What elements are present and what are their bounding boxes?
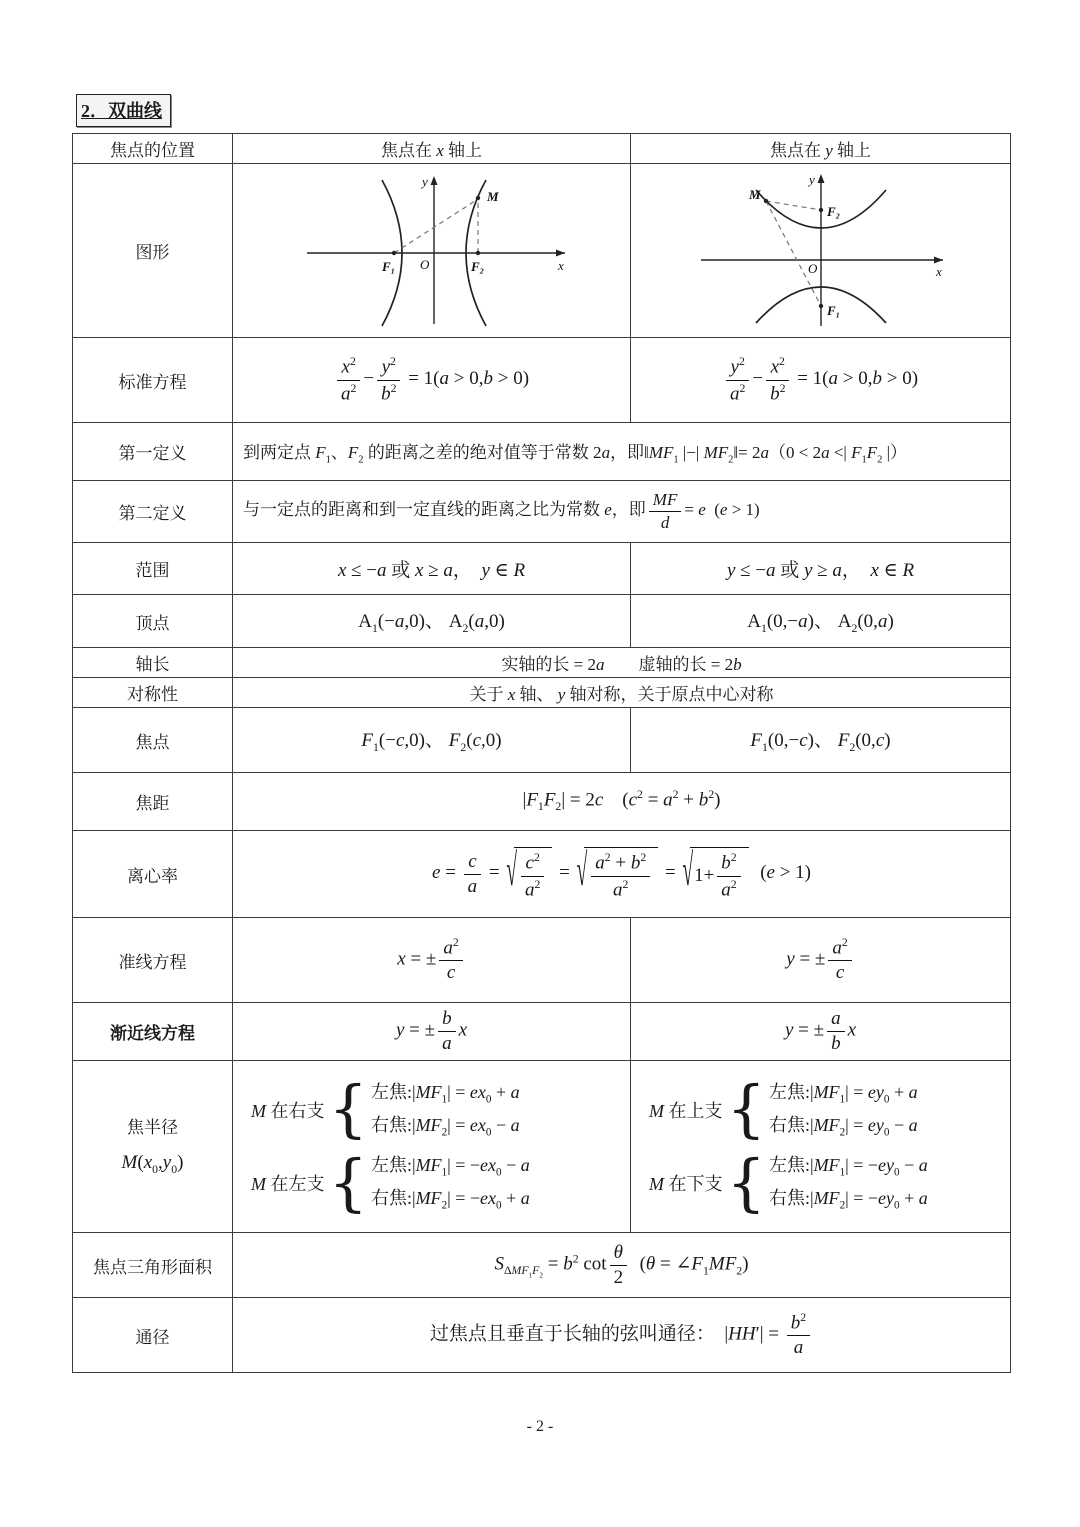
row-asymptote: 渐近线方程 y = ±bax y = ±abx xyxy=(73,1003,1011,1061)
row-axes-length: 轴长 实轴的长 = 2a 虚轴的长 = 2b xyxy=(73,648,1011,678)
page-title: 2．双曲线 xyxy=(76,94,171,127)
label-symmetry: 对称性 xyxy=(73,678,233,708)
hyperbola-table: 焦点的位置 焦点在 x 轴上 焦点在 y 轴上 图形 xyxy=(72,133,1011,1373)
graph-y-m-label: M xyxy=(748,187,761,202)
header-focus-on-x: 焦点在 x 轴上 xyxy=(233,134,631,164)
label-foci: 焦点 xyxy=(73,708,233,773)
axes-length-text: 实轴的长 = 2a 虚轴的长 = 2b xyxy=(233,648,1011,678)
label-graph: 图形 xyxy=(73,164,233,338)
asymptote-x: y = ±bax xyxy=(233,1003,631,1061)
focal-distance-text: |F1F2| = 2c (c2 = a2 + b2) xyxy=(233,773,1011,831)
graph-x-origin-label: O xyxy=(420,257,430,272)
header-focus-on-y: 焦点在 y 轴上 xyxy=(631,134,1011,164)
case-condition: M 在右支 xyxy=(251,1097,325,1123)
graph-y-origin-label: O xyxy=(808,261,818,276)
brace-glyph: { xyxy=(727,1154,766,1213)
symmetry-text: 关于 x 轴、 y 轴对称，关于原点中心对称 xyxy=(233,678,1011,708)
row-focal-distance: 焦距 |F1F2| = 2c (c2 = a2 + b2) xyxy=(73,773,1011,831)
standard-equation-x: x2a2−y2b2 = 1(a > 0,b > 0) xyxy=(233,338,631,423)
label-latus-rectum: 通径 xyxy=(73,1298,233,1373)
case-line: 右焦:|MF2| = −ex0 + a xyxy=(371,1183,530,1216)
focal-radius-x: M 在右支 { 左焦:|MF1| = ex0 + a 右焦:|MF2| = ex… xyxy=(233,1061,631,1233)
label-focal-distance: 焦距 xyxy=(73,773,233,831)
brace-glyph: { xyxy=(727,1080,766,1139)
header-position: 焦点的位置 xyxy=(73,134,233,164)
graph-x-f1-label: F₁ xyxy=(381,259,395,274)
triangle-area-text: SΔMF1F2 = b2 cotθ2 (θ = ∠F1MF2) xyxy=(233,1233,1011,1298)
case-condition: M 在下支 xyxy=(649,1170,723,1196)
case-condition: M 在上支 xyxy=(649,1097,723,1123)
cell-graph-y: y x O M F₂ F₁ xyxy=(631,164,1011,338)
label-focal-radius: 焦半径 M(x0,y0) xyxy=(73,1061,233,1233)
focal-radius-x-left-branch: M 在左支 { 左焦:|MF1| = −ex0 − a 右焦:|MF2| = −… xyxy=(251,1150,626,1216)
vertices-x: A1(−a,0)、 A2(a,0) xyxy=(233,595,631,648)
row-graph: 图形 y x O M xyxy=(73,164,1011,338)
range-x: x ≤ −a 或 x ≥ a， y ∈ R xyxy=(233,543,631,595)
focal-radius-y-lower-branch: M 在下支 { 左焦:|MF1| = −ey0 − a 右焦:|MF2| = −… xyxy=(649,1150,1006,1216)
row-range: 范围 x ≤ −a 或 x ≥ a， y ∈ R y ≤ −a 或 y ≥ a，… xyxy=(73,543,1011,595)
row-eccentricity: 离心率 e = ca = √c2a2 = √a2 + b2a2 = √1+b2a… xyxy=(73,831,1011,918)
graph-x-axis-x-label: x xyxy=(557,258,564,273)
directrix-y: y = ±a2c xyxy=(631,918,1011,1003)
label-asymptote: 渐近线方程 xyxy=(73,1003,233,1061)
focal-radius-y-upper-branch: M 在上支 { 左焦:|MF1| = ey0 + a 右焦:|MF2| = ey… xyxy=(649,1077,1006,1143)
first-definition-text: 到两定点 F1、F2 的距离之差的绝对值等于常数 2a，即‖MF1 |−| MF… xyxy=(233,423,1011,481)
row-vertices: 顶点 A1(−a,0)、 A2(a,0) A1(0,−a)、 A2(0,a) xyxy=(73,595,1011,648)
focal-radius-title: 焦半径 xyxy=(77,1112,228,1144)
hyperbola-x-graph: y x O M F₁ F₂ xyxy=(282,168,582,328)
graph-y-axis-y-label: y xyxy=(807,172,815,187)
asymptote-y: y = ±abx xyxy=(631,1003,1011,1061)
graph-x-f2-label: F₂ xyxy=(470,259,484,274)
label-vertices: 顶点 xyxy=(73,595,233,648)
graph-y-f1-label: F₁ xyxy=(826,303,840,318)
case-line: 右焦:|MF2| = ey0 − a xyxy=(769,1110,918,1143)
label-directrix: 准线方程 xyxy=(73,918,233,1003)
case-line: 左焦:|MF1| = −ey0 − a xyxy=(769,1150,928,1183)
label-second-definition: 第二定义 xyxy=(73,481,233,543)
focal-radius-y: M 在上支 { 左焦:|MF1| = ey0 + a 右焦:|MF2| = ey… xyxy=(631,1061,1011,1233)
case-line: 左焦:|MF1| = ex0 + a xyxy=(371,1077,520,1110)
row-focal-radius: 焦半径 M(x0,y0) M 在右支 { 左焦:|MF1| = ex0 + a … xyxy=(73,1061,1011,1233)
graph-x-axis-y-label: y xyxy=(420,174,428,189)
row-focus-position: 焦点的位置 焦点在 x 轴上 焦点在 y 轴上 xyxy=(73,134,1011,164)
focal-radius-x-right-branch: M 在右支 { 左焦:|MF1| = ex0 + a 右焦:|MF2| = ex… xyxy=(251,1077,626,1143)
row-symmetry: 对称性 关于 x 轴、 y 轴对称，关于原点中心对称 xyxy=(73,678,1011,708)
row-foci: 焦点 F1(−c,0)、 F2(c,0) F1(0,−c)、 F2(0,c) xyxy=(73,708,1011,773)
label-eccentricity: 离心率 xyxy=(73,831,233,918)
label-standard-equation: 标准方程 xyxy=(73,338,233,423)
row-second-definition: 第二定义 与一定点的距离和到一定直线的距离之比为常数 e，即MFd= e (e … xyxy=(73,481,1011,543)
hyperbola-y-graph: y x O M F₂ F₁ xyxy=(671,168,971,328)
directrix-x: x = ±a2c xyxy=(233,918,631,1003)
foci-y: F1(0,−c)、 F2(0,c) xyxy=(631,708,1011,773)
foci-x: F1(−c,0)、 F2(c,0) xyxy=(233,708,631,773)
brace-glyph: { xyxy=(329,1080,368,1139)
page-number: - 2 - xyxy=(0,1418,1080,1436)
label-first-definition: 第一定义 xyxy=(73,423,233,481)
second-definition-text: 与一定点的距离和到一定直线的距离之比为常数 e，即MFd= e (e > 1) xyxy=(233,481,1011,543)
range-y: y ≤ −a 或 y ≥ a， x ∈ R xyxy=(631,543,1011,595)
case-line: 左焦:|MF1| = −ex0 − a xyxy=(371,1150,530,1183)
row-first-definition: 第一定义 到两定点 F1、F2 的距离之差的绝对值等于常数 2a，即‖MF1 |… xyxy=(73,423,1011,481)
case-condition: M 在左支 xyxy=(251,1170,325,1196)
brace-glyph: { xyxy=(329,1154,368,1213)
row-latus-rectum: 通径 过焦点且垂直于长轴的弦叫通径： |HH′| = b2a xyxy=(73,1298,1011,1373)
label-range: 范围 xyxy=(73,543,233,595)
focal-radius-point: M(x0,y0) xyxy=(77,1145,228,1181)
graph-y-f2-label: F₂ xyxy=(826,204,840,219)
case-line: 左焦:|MF1| = ey0 + a xyxy=(769,1077,918,1110)
graph-x-m-label: M xyxy=(486,189,499,204)
label-triangle-area: 焦点三角形面积 xyxy=(73,1233,233,1298)
latus-rectum-text: 过焦点且垂直于长轴的弦叫通径： |HH′| = b2a xyxy=(233,1298,1011,1373)
standard-equation-y: y2a2−x2b2 = 1(a > 0,b > 0) xyxy=(631,338,1011,423)
case-line: 右焦:|MF2| = ex0 − a xyxy=(371,1110,520,1143)
eccentricity-text: e = ca = √c2a2 = √a2 + b2a2 = √1+b2a2 (e… xyxy=(233,831,1011,918)
graph-y-axis-x-label: x xyxy=(935,264,942,279)
row-triangle-area: 焦点三角形面积 SΔMF1F2 = b2 cotθ2 (θ = ∠F1MF2) xyxy=(73,1233,1011,1298)
case-line: 右焦:|MF2| = −ey0 + a xyxy=(769,1183,928,1216)
row-standard-equation: 标准方程 x2a2−y2b2 = 1(a > 0,b > 0) y2a2−x2b… xyxy=(73,338,1011,423)
label-axes-length: 轴长 xyxy=(73,648,233,678)
row-directrix: 准线方程 x = ±a2c y = ±a2c xyxy=(73,918,1011,1003)
vertices-y: A1(0,−a)、 A2(0,a) xyxy=(631,595,1011,648)
cell-graph-x: y x O M F₁ F₂ xyxy=(233,164,631,338)
